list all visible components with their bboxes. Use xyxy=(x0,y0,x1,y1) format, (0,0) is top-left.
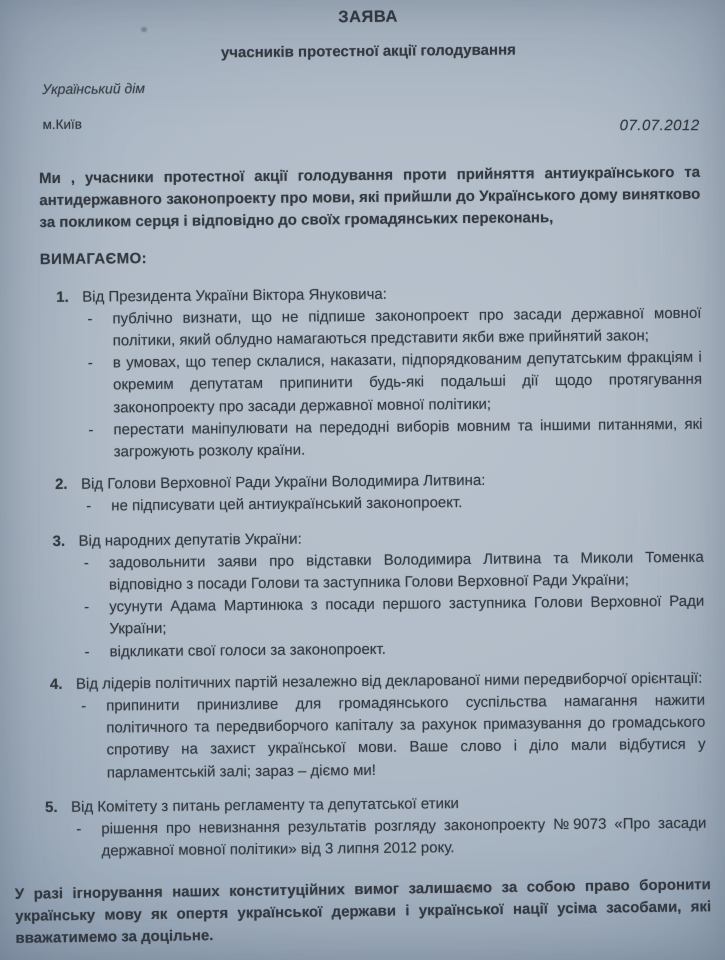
bullet-text: усунути Адама Мартинюка з посади першого… xyxy=(109,591,704,641)
bullet-row: - в умовах, що тепер склалися, наказати,… xyxy=(88,347,703,420)
bullet-dash: - xyxy=(81,696,107,785)
city-label: м.Київ xyxy=(42,113,82,136)
document-photo: ЗАЯВА учасників протестної акції голодув… xyxy=(0,0,725,960)
bullet-dash: - xyxy=(76,819,101,864)
bullet-dash: - xyxy=(84,597,109,642)
bullet-text: припинити принизливе для громадянського … xyxy=(106,690,706,785)
bullet-row: - не підписувати цей антиукраїнський зак… xyxy=(86,490,703,518)
bullet-row: - усунути Адама Мартинюка з посади першо… xyxy=(84,591,704,641)
date-label: 07.07.2012 xyxy=(620,115,700,137)
list-item: 5. Від Комітету з питань регламенту та д… xyxy=(45,791,707,864)
document-subtitle: учасників протестної акції голодування xyxy=(38,38,699,67)
list-item: 2. Від Голови Верховної Ради України Вол… xyxy=(55,468,703,519)
item-number: 2. xyxy=(55,474,81,496)
bullet-text: рішення про невизнання результатів розгл… xyxy=(101,813,706,863)
bullet-text: задовольнити заяви про відставки Володим… xyxy=(109,547,704,597)
bullet-text: відкликати свої голоси за законопроект. xyxy=(110,635,705,663)
bullet-row: - задовольнити заяви про відставки Волод… xyxy=(84,547,704,597)
intro-paragraph: Ми , учасники протестної акції голодуван… xyxy=(39,162,701,235)
demands-list: 1. Від Президента України Віктора Януков… xyxy=(40,280,707,863)
city-date-row: м.Київ 07.07.2012 xyxy=(42,107,699,136)
bullet-row: - перестати маніпулювати на передодні ви… xyxy=(88,414,702,464)
list-item: 1. Від Президента України Віктора Януков… xyxy=(56,280,703,464)
bullet-text: перестати маніпулювати на передодні вибо… xyxy=(113,414,702,464)
list-item: 4. Від лідерів політичних партій незалеж… xyxy=(50,668,706,785)
bullet-dash: - xyxy=(86,496,111,518)
bullet-row: - рішення про невизнання результатів роз… xyxy=(76,813,706,863)
venue-line: Український дім xyxy=(42,72,699,101)
bullet-text: публічно визнати, що не підпише законопр… xyxy=(112,303,701,353)
bullet-dash: - xyxy=(84,552,109,597)
document-title: ЗАЯВА xyxy=(37,3,698,32)
item-number: 3. xyxy=(52,530,78,552)
bullet-dash: - xyxy=(88,353,114,420)
list-item: 3. Від народних депутатів України: - зад… xyxy=(52,524,704,663)
bullet-text: в умовах, що тепер склалися, наказати, п… xyxy=(113,347,703,419)
demands-heading: ВИМАГАЄМО: xyxy=(40,243,701,272)
bullet-dash: - xyxy=(88,419,113,464)
bullet-row: - публічно визнати, що не підпише законо… xyxy=(87,303,701,353)
item-number: 4. xyxy=(50,674,76,696)
bullet-text: не підписувати цей антиукраїнський закон… xyxy=(111,490,703,518)
bullet-row: - припинити принизливе для громадянськог… xyxy=(81,690,706,785)
bullet-dash: - xyxy=(85,641,110,663)
bullet-dash: - xyxy=(87,308,112,353)
closing-paragraph: У разі ігнорування наших конституційних … xyxy=(15,874,712,950)
item-number: 5. xyxy=(45,797,71,819)
item-number: 1. xyxy=(56,286,82,308)
bullet-row: - відкликати свої голоси за законопроект… xyxy=(85,635,705,663)
statement-sheet: ЗАЯВА учасників протестної акції голодув… xyxy=(0,0,725,960)
